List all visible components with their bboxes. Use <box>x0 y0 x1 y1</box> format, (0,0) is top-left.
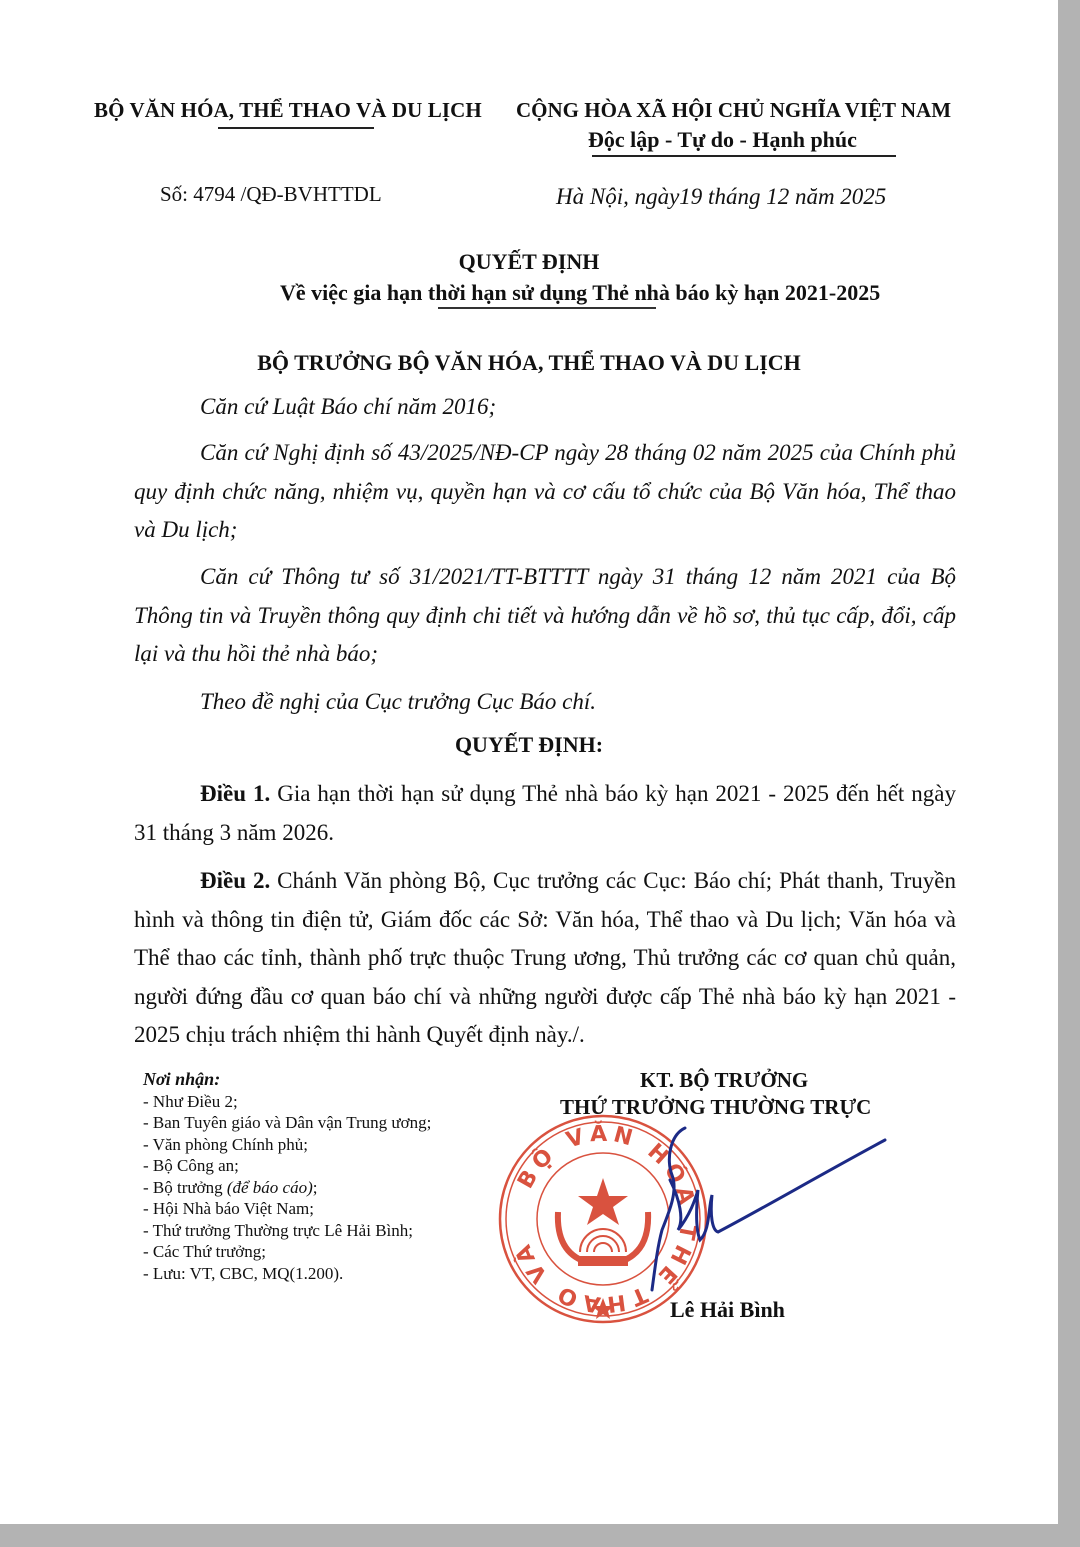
recipient-item: - Các Thứ trưởng; <box>143 1241 431 1263</box>
document-type-title: QUYẾT ĐỊNH <box>0 249 1058 275</box>
recipient-tail: ; <box>313 1178 318 1197</box>
recipient-item: - Thứ trưởng Thường trực Lê Hải Bình; <box>143 1220 431 1242</box>
recipient-item: - Lưu: VT, CBC, MQ(1.200). <box>143 1263 431 1285</box>
document-subject: Về việc gia hạn thời hạn sử dụng Thẻ nhà… <box>280 280 880 306</box>
motto-underline <box>592 155 896 157</box>
recipient-item: - Văn phòng Chính phủ; <box>143 1134 431 1156</box>
article-2-label: Điều 2. <box>200 868 270 893</box>
recipient-item: - Bộ trưởng (để báo cáo); <box>143 1177 431 1199</box>
article-1: Điều 1. Gia hạn thời hạn sử dụng Thẻ nhà… <box>134 775 956 852</box>
preamble-decree: Căn cứ Nghị định số 43/2025/NĐ-CP ngày 2… <box>134 434 956 550</box>
issuing-authority: BỘ TRƯỞNG BỘ VĂN HÓA, THỂ THAO VÀ DU LỊC… <box>0 350 1058 376</box>
decision-heading: QUYẾT ĐỊNH: <box>0 732 1058 758</box>
article-1-label: Điều 1. <box>200 781 270 806</box>
issuing-ministry: BỘ VĂN HÓA, THỂ THAO VÀ DU LỊCH <box>94 98 482 123</box>
subject-underline <box>438 307 656 309</box>
recipients-list: Nơi nhận: - Như Điều 2; - Ban Tuyên giáo… <box>143 1069 431 1284</box>
recipient-item: - Ban Tuyên giáo và Dân vận Trung ương; <box>143 1112 431 1134</box>
preamble-proposal: Theo đề nghị của Cục trưởng Cục Báo chí. <box>134 683 956 722</box>
recipient-item: - Hội Nhà báo Việt Nam; <box>143 1198 431 1220</box>
signer-name: Lê Hải Bình <box>670 1297 785 1323</box>
national-motto: Độc lập - Tự do - Hạnh phúc <box>588 127 857 153</box>
recipient-note: (để báo cáo) <box>227 1178 313 1197</box>
ministry-underline <box>218 127 374 129</box>
article-2: Điều 2. Chánh Văn phòng Bộ, Cục trưởng c… <box>134 862 956 1055</box>
nation-name: CỘNG HÒA XÃ HỘI CHỦ NGHĨA VIỆT NAM <box>516 98 951 123</box>
handwritten-signature-icon <box>600 1120 900 1300</box>
preamble-circular: Căn cứ Thông tư số 31/2021/TT-BTTTT ngày… <box>134 558 956 674</box>
recipient-item-text: - Bộ trưởng <box>143 1178 227 1197</box>
preamble-law: Căn cứ Luật Báo chí năm 2016; <box>134 388 956 427</box>
signature-on-behalf: KT. BỘ TRƯỞNG <box>640 1068 808 1093</box>
recipient-item: - Bộ Công an; <box>143 1155 431 1177</box>
document-number: Số: 4794 /QĐ-BVHTTDL <box>160 182 382 207</box>
article-2-text: Chánh Văn phòng Bộ, Cục trưởng các Cục: … <box>134 868 956 1047</box>
document-page: BỘ VĂN HÓA, THỂ THAO VÀ DU LỊCH CỘNG HÒA… <box>0 0 1058 1524</box>
place-and-date: Hà Nội, ngày19 tháng 12 năm 2025 <box>556 184 886 210</box>
recipients-heading: Nơi nhận: <box>143 1069 431 1091</box>
recipient-item: - Như Điều 2; <box>143 1091 431 1113</box>
